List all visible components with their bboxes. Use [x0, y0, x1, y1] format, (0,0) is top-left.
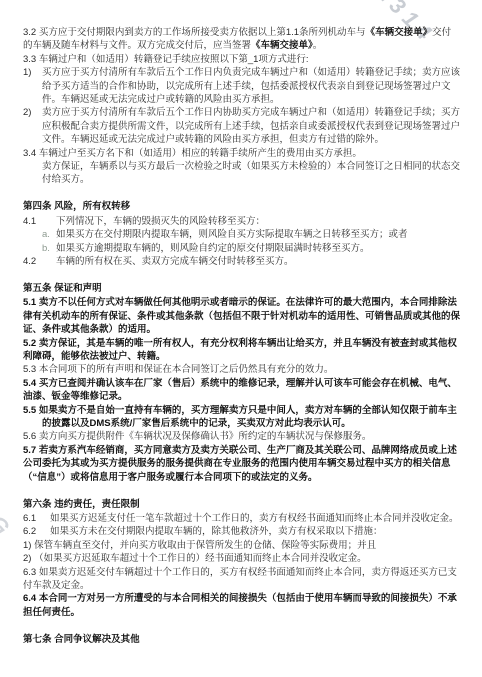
clause-6-3: 6.3 如果卖方迟延交付车辆超过十个工作日的，买方有权经书面通知而终止本合同，卖…	[23, 566, 460, 593]
clause-6-1: 6.1 如果买方迟延支付任一笔车款超过十个工作日的，卖方有权经书面通知而终止本合…	[23, 512, 460, 525]
handover-form-ref-2: 《车辆交接单》	[251, 40, 313, 51]
clause-6-2: 6.2 如果买方未在交付期限内提取车辆的，除其他救济外，卖方有权采取以下措施：	[23, 525, 460, 538]
clause-number: 4.1	[23, 215, 56, 228]
clause-4-1: 4.1 下列情况下，车辆的毁损灭失的风险转移至买方：	[23, 215, 460, 228]
section-5-heading: 第五条 保证和声明	[23, 282, 460, 295]
section-7-heading: 第七条 合同争议解决及其他	[23, 633, 460, 646]
clause-4-1-item-a-text: 如果买方在交付期限内提取车辆，则风险自买方实际提取车辆之日转移至买方；或者	[56, 228, 460, 241]
clause-6-2-item-1: 1) 保管车辆直至交付，并向买方收取由于保管所发生的仓储、保险等实际费用；并且	[23, 539, 460, 552]
clause-4-2-text: 车辆的所有权在买、卖双方完成车辆交付时转移至买方。	[56, 255, 460, 268]
clause-5-5: 5.5 如果卖方不是自始一直持有车辆的，买方理解卖方只是中间人，卖方对车辆的全部…	[23, 404, 460, 431]
clause-4-2: 4.2 车辆的所有权在买、卖双方完成车辆交付时转移至买方。	[23, 255, 460, 268]
clause-3-3-item-1: 1) 买方应于买方付清所有车款后五个工作日内负责完成车辆过户和（如适用）转籍登记…	[23, 66, 460, 106]
clause-4-1-text: 下列情况下，车辆的毁损灭失的风险转移至买方：	[56, 215, 460, 228]
clause-3-2: 3.2 买方应于交付期限内到卖方的工作场所接受卖方依据以上第1.1条所列机动车与…	[23, 26, 460, 53]
clause-number: 4.2	[23, 255, 56, 268]
clause-5-3: 5.3 本合同项下的所有声明和保证在本合同签订之后仍然具有充分的效力。	[23, 363, 460, 376]
clause-5-7: 5.7 若卖方系汽车经销商，买方同意卖方及卖方关联公司、生产厂商及其关联公司、品…	[23, 444, 460, 484]
contract-body: 3.2 买方应于交付期限内到卖方的工作场所接受卖方依据以上第1.1条所列机动车与…	[0, 0, 482, 646]
clause-4-1-item-b: b. 如果买方逾期提取车辆的，则风险自约定的原交付期限届满时转移至买方。	[42, 242, 460, 255]
clause-3-3: 3.3 车辆过户和（如适用）转籍登记手续应按照以下第_1项方式进行:	[23, 53, 460, 66]
clause-number: 6.1	[23, 512, 50, 525]
list-marker-b: b.	[42, 242, 56, 255]
clause-3-4: 3.4 车辆过户至买方名下和（如适用）相应的转籍手续所产生的费用由买方承担。	[23, 147, 460, 160]
clause-6-2-text: 如果买方未在交付期限内提取车辆的，除其他救济外，卖方有权采取以下措施：	[50, 525, 460, 538]
clause-3-3-item-2: 2) 卖方应于买方付清所有车款后五个工作日内协助买方完成车辆过户和（如适用）转籍…	[23, 106, 460, 146]
clause-3-2-text: 3.2 买方应于交付期限内到卖方的工作场所接受卖方依据以上第1.1条所列机动车与	[23, 27, 366, 38]
contract-document-page: 1314 KG 3.2 买方应于交付期限内到卖方的工作场所接受卖方依据以上第1.…	[0, 0, 482, 677]
clause-6-4: 6.4 本合同一方对另一方所遭受的与本合同相关的间接损失（包括由于使用车辆而导致…	[23, 592, 460, 619]
list-marker: 1)	[23, 66, 42, 79]
list-marker: 2)	[23, 106, 42, 119]
section-4-heading: 第四条 风险，所有权转移	[23, 200, 460, 213]
clause-3-3-item-2-text: 卖方应于买方付清所有车款后五个工作日内协助买方完成车辆过户和（如适用）转籍登记手…	[42, 106, 460, 146]
clause-5-4: 5.4 买方已查阅并确认该车在厂家（售后）系统中的维修记录，理解并认可该车可能会…	[23, 377, 460, 404]
clause-4-1-item-b-text: 如果买方逾期提取车辆的，则风险自约定的原交付期限届满时转移至买方。	[56, 242, 460, 255]
list-marker-a: a.	[42, 228, 56, 241]
clause-number: 6.2	[23, 525, 50, 538]
clause-3-3-item-1-text: 买方应于买方付清所有车款后五个工作日内负责完成车辆过户和（如适用）转籍登记手续；…	[42, 66, 460, 106]
clause-5-6: 5.6 卖方向买方提供附件《车辆状况及保修确认书》所约定的车辆状况与保修服务。	[23, 430, 460, 443]
handover-form-ref: 《车辆交接单》	[366, 27, 433, 38]
clause-5-1: 5.1 卖方不以任何方式对车辆做任何其他明示或者暗示的保证。在法律许可的最大范围…	[23, 296, 460, 336]
clause-4-1-item-a: a. 如果买方在交付期限内提取车辆，则风险自买方实际提取车辆之日转移至买方；或者	[42, 228, 460, 241]
clause-6-2-item-2: 2) （如果买方迟延取车超过十个工作日的）经书面通知而终止本合同并没收定金。	[23, 552, 460, 565]
clause-6-1-text: 如果买方迟延支付任一笔车款超过十个工作日的，卖方有权经书面通知而终止本合同并没收…	[50, 512, 460, 525]
section-6-heading: 第六条 违约责任，责任限制	[23, 498, 460, 511]
clause-3-4-seller-warranty: 卖方保证，车辆系以与买方最后一次检验之时或（如果买方未检验的）本合同签订之日相同…	[42, 160, 460, 187]
clause-3-2-period: 。	[313, 40, 323, 51]
clause-5-2: 5.2 卖方保证，其是车辆的唯一所有权人，有充分权利将车辆出让给买方，并且车辆没…	[23, 337, 460, 364]
